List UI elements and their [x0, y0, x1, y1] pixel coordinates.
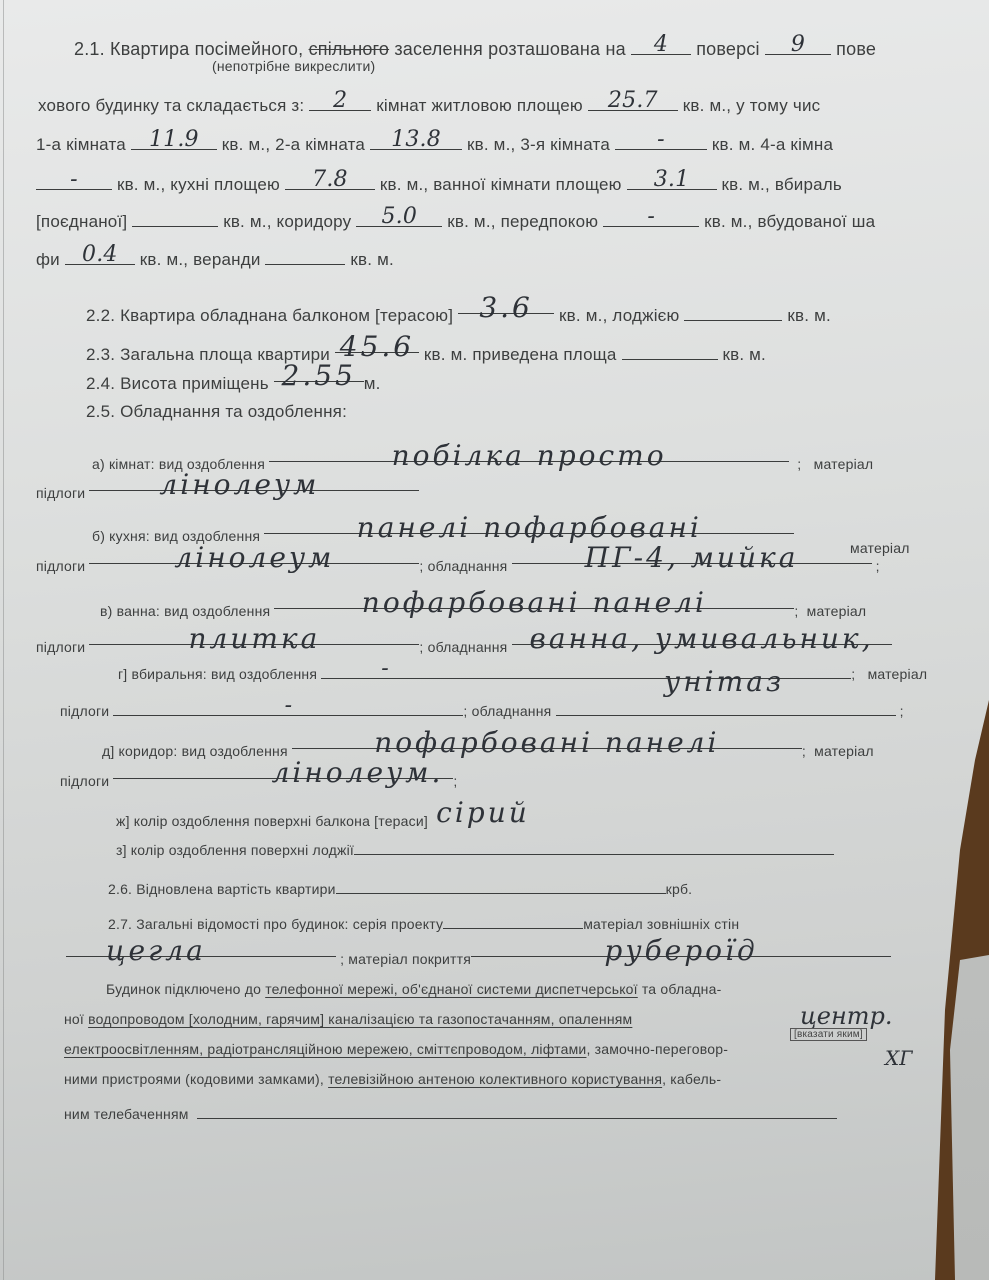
height-field[interactable]: 2.55: [274, 363, 364, 382]
kitchen-value: 7.8: [312, 167, 348, 192]
s27-p4: ними пристроями (кодовими замками), теле…: [64, 1071, 721, 1087]
room1-field[interactable]: 11.9: [131, 131, 217, 150]
series-field[interactable]: [443, 910, 583, 929]
text: вид оздоблення: [164, 603, 270, 619]
toilet-equip-field[interactable]: [556, 697, 896, 716]
room3-value: -: [657, 127, 665, 152]
bath-field[interactable]: 3.1: [627, 171, 717, 190]
text: поверсі: [696, 39, 760, 59]
text: кв. м., вбудованої ша: [704, 212, 875, 231]
text: кв. м.: [787, 306, 831, 325]
text: підлоги: [36, 558, 85, 574]
kitchen-finish-value: панелі пофарбовані: [357, 511, 702, 544]
room3-field[interactable]: -: [615, 131, 707, 150]
bath-floor-field[interactable]: плитка: [89, 626, 419, 645]
text: телевізійною антеною колективного корист…: [328, 1071, 662, 1087]
s21-line2: хового будинку та складається з: 2 кімна…: [38, 92, 820, 116]
reduced-area-field[interactable]: [622, 341, 718, 360]
s21-note: (непотрібне викреслити): [212, 58, 375, 74]
text: кв. м., коридору: [223, 212, 351, 231]
s25z-line: з] колір оздоблення поверхні лоджії: [116, 836, 834, 858]
s25d-line2: підлоги лінолеум.;: [60, 760, 458, 789]
s21-line1: 2.1. Квартира посімейного, спільного зас…: [74, 36, 876, 60]
text: підлоги: [36, 639, 85, 655]
s25b-line2: підлоги лінолеум; обладнання ПГ-4, мийка…: [36, 545, 880, 574]
text: матеріал зовнішніх стін: [583, 916, 739, 932]
living-area-field[interactable]: 25.7: [588, 92, 678, 111]
roof-field[interactable]: рубероїд: [471, 938, 891, 957]
bath-equip-value: ванна, умивальник,: [530, 622, 874, 655]
s22-line: 2.2. Квартира обладнана балконом [терасо…: [86, 295, 831, 326]
s26-line: 2.6. Відновлена вартість квартирикрб.: [108, 875, 692, 897]
text: кв. м., кухні площею: [117, 175, 280, 194]
s21-line4: - кв. м., кухні площею 7.8 кв. м., ванно…: [36, 171, 842, 195]
text: д] коридор:: [102, 743, 177, 759]
s25zh-line: ж] колір оздоблення поверхні балкона [те…: [116, 800, 530, 833]
text: ної: [64, 1011, 88, 1027]
text: матеріал: [814, 743, 874, 759]
text: хового будинку та складається з:: [38, 96, 304, 115]
text: електроосвітленням, радіотрансляційною м…: [64, 1041, 586, 1057]
bath-finish-value: пофарбовані панелі: [362, 586, 707, 619]
s27-line2: цегла ; матеріал покриттярубероїд: [66, 938, 891, 967]
height-value: 2.55: [282, 359, 356, 392]
text: б) кухня:: [92, 528, 150, 544]
text: кімнат житловою площею: [376, 96, 583, 115]
floors-total-value: 9: [791, 32, 805, 57]
s27-p1: Будинок підключено до телефонної мережі,…: [106, 981, 721, 997]
closet-value: 0.4: [82, 242, 118, 267]
rooms-floor-field[interactable]: лінолеум: [89, 472, 419, 491]
walls-field[interactable]: цегла: [66, 938, 336, 957]
loggia-color-field[interactable]: [354, 836, 834, 855]
rooms-finish-value: побілка просто: [392, 439, 667, 472]
room4-value: -: [70, 167, 78, 192]
text: кв. м., лоджією: [559, 306, 679, 325]
s25-title: 2.5. Обладнання та оздоблення:: [86, 402, 347, 422]
balcony-field[interactable]: 3.6: [458, 295, 554, 314]
corridor-field[interactable]: 5.0: [356, 208, 442, 227]
s25a-line2: підлоги лінолеум: [36, 472, 419, 501]
text: , кабель-: [662, 1071, 721, 1087]
room2-value: 13.8: [391, 127, 441, 152]
text: кв. м., вбираль: [721, 175, 842, 194]
text: 2.1. Квартира посімейного,: [74, 39, 309, 59]
text: кв. м. приведена площа: [424, 345, 617, 364]
text: ; обладнання: [419, 639, 507, 655]
s25g-line1: г] вбиральня: вид оздоблення -; матеріал: [118, 660, 927, 682]
s25v-line1: в) ванна: вид оздоблення пофарбовані пан…: [100, 590, 866, 619]
text: Будинок підключено до: [106, 981, 265, 997]
toilet-floor-value: -: [285, 693, 293, 718]
s27-line1: 2.7. Загальні відомості про будинок: сер…: [108, 910, 739, 932]
corridor-finish-field[interactable]: пофарбовані панелі: [292, 730, 802, 749]
text: м.: [364, 374, 381, 393]
rooms-value: 2: [333, 88, 347, 113]
rooms-field[interactable]: 2: [309, 92, 371, 111]
text: матеріал: [807, 603, 867, 619]
kitchen-floor-value: лінолеум: [174, 541, 334, 574]
text: г] вбиральня:: [118, 666, 207, 682]
struck-word: спільного: [309, 39, 390, 59]
text: 2.4. Висота приміщень: [86, 374, 269, 393]
text: вид оздоблення: [211, 666, 317, 682]
toilet-equip-value: унітаз: [664, 665, 784, 698]
s25d-line1: д] коридор: вид оздоблення пофарбовані п…: [102, 730, 874, 759]
s23-line: 2.3. Загальна площа квартири 45.6 кв. м.…: [86, 334, 766, 365]
initials: ХГ: [885, 1046, 912, 1070]
s27-p5: ним телебаченням: [64, 1100, 837, 1122]
bath-floor-value: плитка: [188, 622, 320, 655]
text: підлоги: [60, 773, 109, 789]
loggia-field[interactable]: [684, 302, 782, 321]
cable-tv-field[interactable]: [197, 1100, 837, 1119]
s25b-line1: б) кухня: вид оздоблення панелі пофарбов…: [92, 515, 794, 544]
s27-p2: ної водопроводом [холодним, гарячим] кан…: [64, 1011, 632, 1027]
corridor-floor-field[interactable]: лінолеум.: [113, 760, 453, 779]
room4-field[interactable]: -: [36, 171, 112, 190]
heating-value: центр.: [800, 1002, 893, 1030]
s25g-line2: підлоги -; обладнання ;: [60, 697, 904, 719]
room2-field[interactable]: 13.8: [370, 131, 462, 150]
bath-finish-field[interactable]: пофарбовані панелі: [274, 590, 794, 609]
balcony-value: 3.6: [479, 291, 533, 324]
floor-field[interactable]: 4: [631, 36, 691, 55]
s21-line3: 1-а кімната 11.9 кв. м., 2-а кімната 13.…: [36, 131, 833, 155]
walls-value: цегла: [106, 934, 206, 967]
text: кв. м., веранди: [140, 250, 261, 269]
floor-value: 4: [654, 32, 668, 57]
rooms-finish-field[interactable]: побілка просто: [269, 443, 789, 462]
page-edge: [3, 0, 4, 1280]
text: ; матеріал покриття: [340, 951, 471, 967]
text: ; обладнання: [419, 558, 507, 574]
text: з] колір оздоблення поверхні лоджії: [116, 842, 354, 858]
toilet-floor-field[interactable]: -: [113, 697, 463, 716]
toilet-finish-value: -: [381, 656, 389, 681]
text: водопроводом [холодним, гарячим] каналіз…: [88, 1011, 632, 1027]
text: 1-а кімната: [36, 135, 126, 154]
text: підлоги: [36, 485, 85, 501]
text: ним телебаченням: [64, 1106, 189, 1122]
text: кв. м. 4-а кімна: [712, 135, 833, 154]
text: 2.6. Відновлена вартість квартири: [108, 881, 336, 897]
text: кв. м., ванної кімнати площею: [380, 175, 622, 194]
kitchen-finish-field[interactable]: панелі пофарбовані: [264, 515, 794, 534]
corridor-finish-value: пофарбовані панелі: [374, 726, 719, 759]
balcony-color-value[interactable]: сірий: [436, 796, 530, 829]
text: кв. м.: [722, 345, 766, 364]
text: телефонної мережі, об'єднаної системи ди…: [265, 981, 638, 997]
s21-line6: фи 0.4 кв. м., веранди кв. м.: [36, 246, 394, 270]
floors-total-field[interactable]: 9: [765, 36, 831, 55]
bath-value: 3.1: [654, 167, 690, 192]
s27-p3: електроосвітленням, радіотрансляційною м…: [64, 1041, 728, 1057]
text: 2.2. Квартира обладнана балконом [терасо…: [86, 306, 453, 325]
room1-value: 11.9: [149, 127, 199, 152]
hall-value: -: [647, 204, 655, 229]
closet-field[interactable]: 0.4: [65, 246, 135, 265]
text: кв. м., 2-а кімната: [222, 135, 365, 154]
bath-equip-field[interactable]: ванна, умивальник,: [512, 626, 892, 645]
text: а) кімнат:: [92, 456, 155, 472]
rooms-floor-value: лінолеум: [159, 468, 319, 501]
living-area-value: 25.7: [608, 88, 658, 113]
text: матеріал: [814, 456, 874, 472]
text: ними пристроями (кодовими замками),: [64, 1071, 328, 1087]
text: в) ванна:: [100, 603, 160, 619]
text: заселення розташована на: [389, 39, 626, 59]
kitchen-equip-value: ПГ-4, мийка: [585, 541, 799, 574]
text: кв. м.: [350, 250, 394, 269]
text: кв. м., у тому чис: [683, 96, 821, 115]
s25v-line2: підлоги плитка; обладнання ванна, умивал…: [36, 626, 892, 655]
kitchen-field[interactable]: 7.8: [285, 171, 375, 190]
hall-field[interactable]: -: [603, 208, 699, 227]
corridor-floor-value: лінолеум.: [272, 756, 444, 789]
roof-value: рубероїд: [604, 934, 757, 967]
text: підлоги: [60, 703, 109, 719]
veranda-field[interactable]: [265, 246, 345, 265]
text: [поєднаної]: [36, 212, 127, 231]
heating-note: [вказати яким]: [790, 1028, 867, 1041]
text: 2.7. Загальні відомості про будинок: сер…: [108, 916, 443, 932]
text: пове: [836, 39, 876, 59]
s24-line: 2.4. Висота приміщень 2.55м.: [86, 363, 381, 394]
text: , замочно-переговор-: [586, 1041, 728, 1057]
combined-field[interactable]: [132, 208, 218, 227]
text: кв. м., передпокою: [447, 212, 598, 231]
text: фи: [36, 250, 60, 269]
text: кв. м., 3-я кімната: [467, 135, 610, 154]
corridor-value: 5.0: [381, 204, 417, 229]
text: та обладна-: [638, 981, 722, 997]
kitchen-floor-field[interactable]: лінолеум: [89, 545, 419, 564]
kitchen-equip-field[interactable]: ПГ-4, мийка: [512, 545, 872, 564]
s21-line5: [поєднаної] кв. м., коридору 5.0 кв. м.,…: [36, 208, 875, 232]
total-area-field[interactable]: 45.6: [335, 334, 419, 353]
text: ; обладнання: [463, 703, 551, 719]
text: крб.: [666, 881, 693, 897]
text: матеріал: [868, 666, 928, 682]
cost-field[interactable]: [336, 875, 666, 894]
text: ж] колір оздоблення поверхні балкона [те…: [116, 813, 428, 829]
